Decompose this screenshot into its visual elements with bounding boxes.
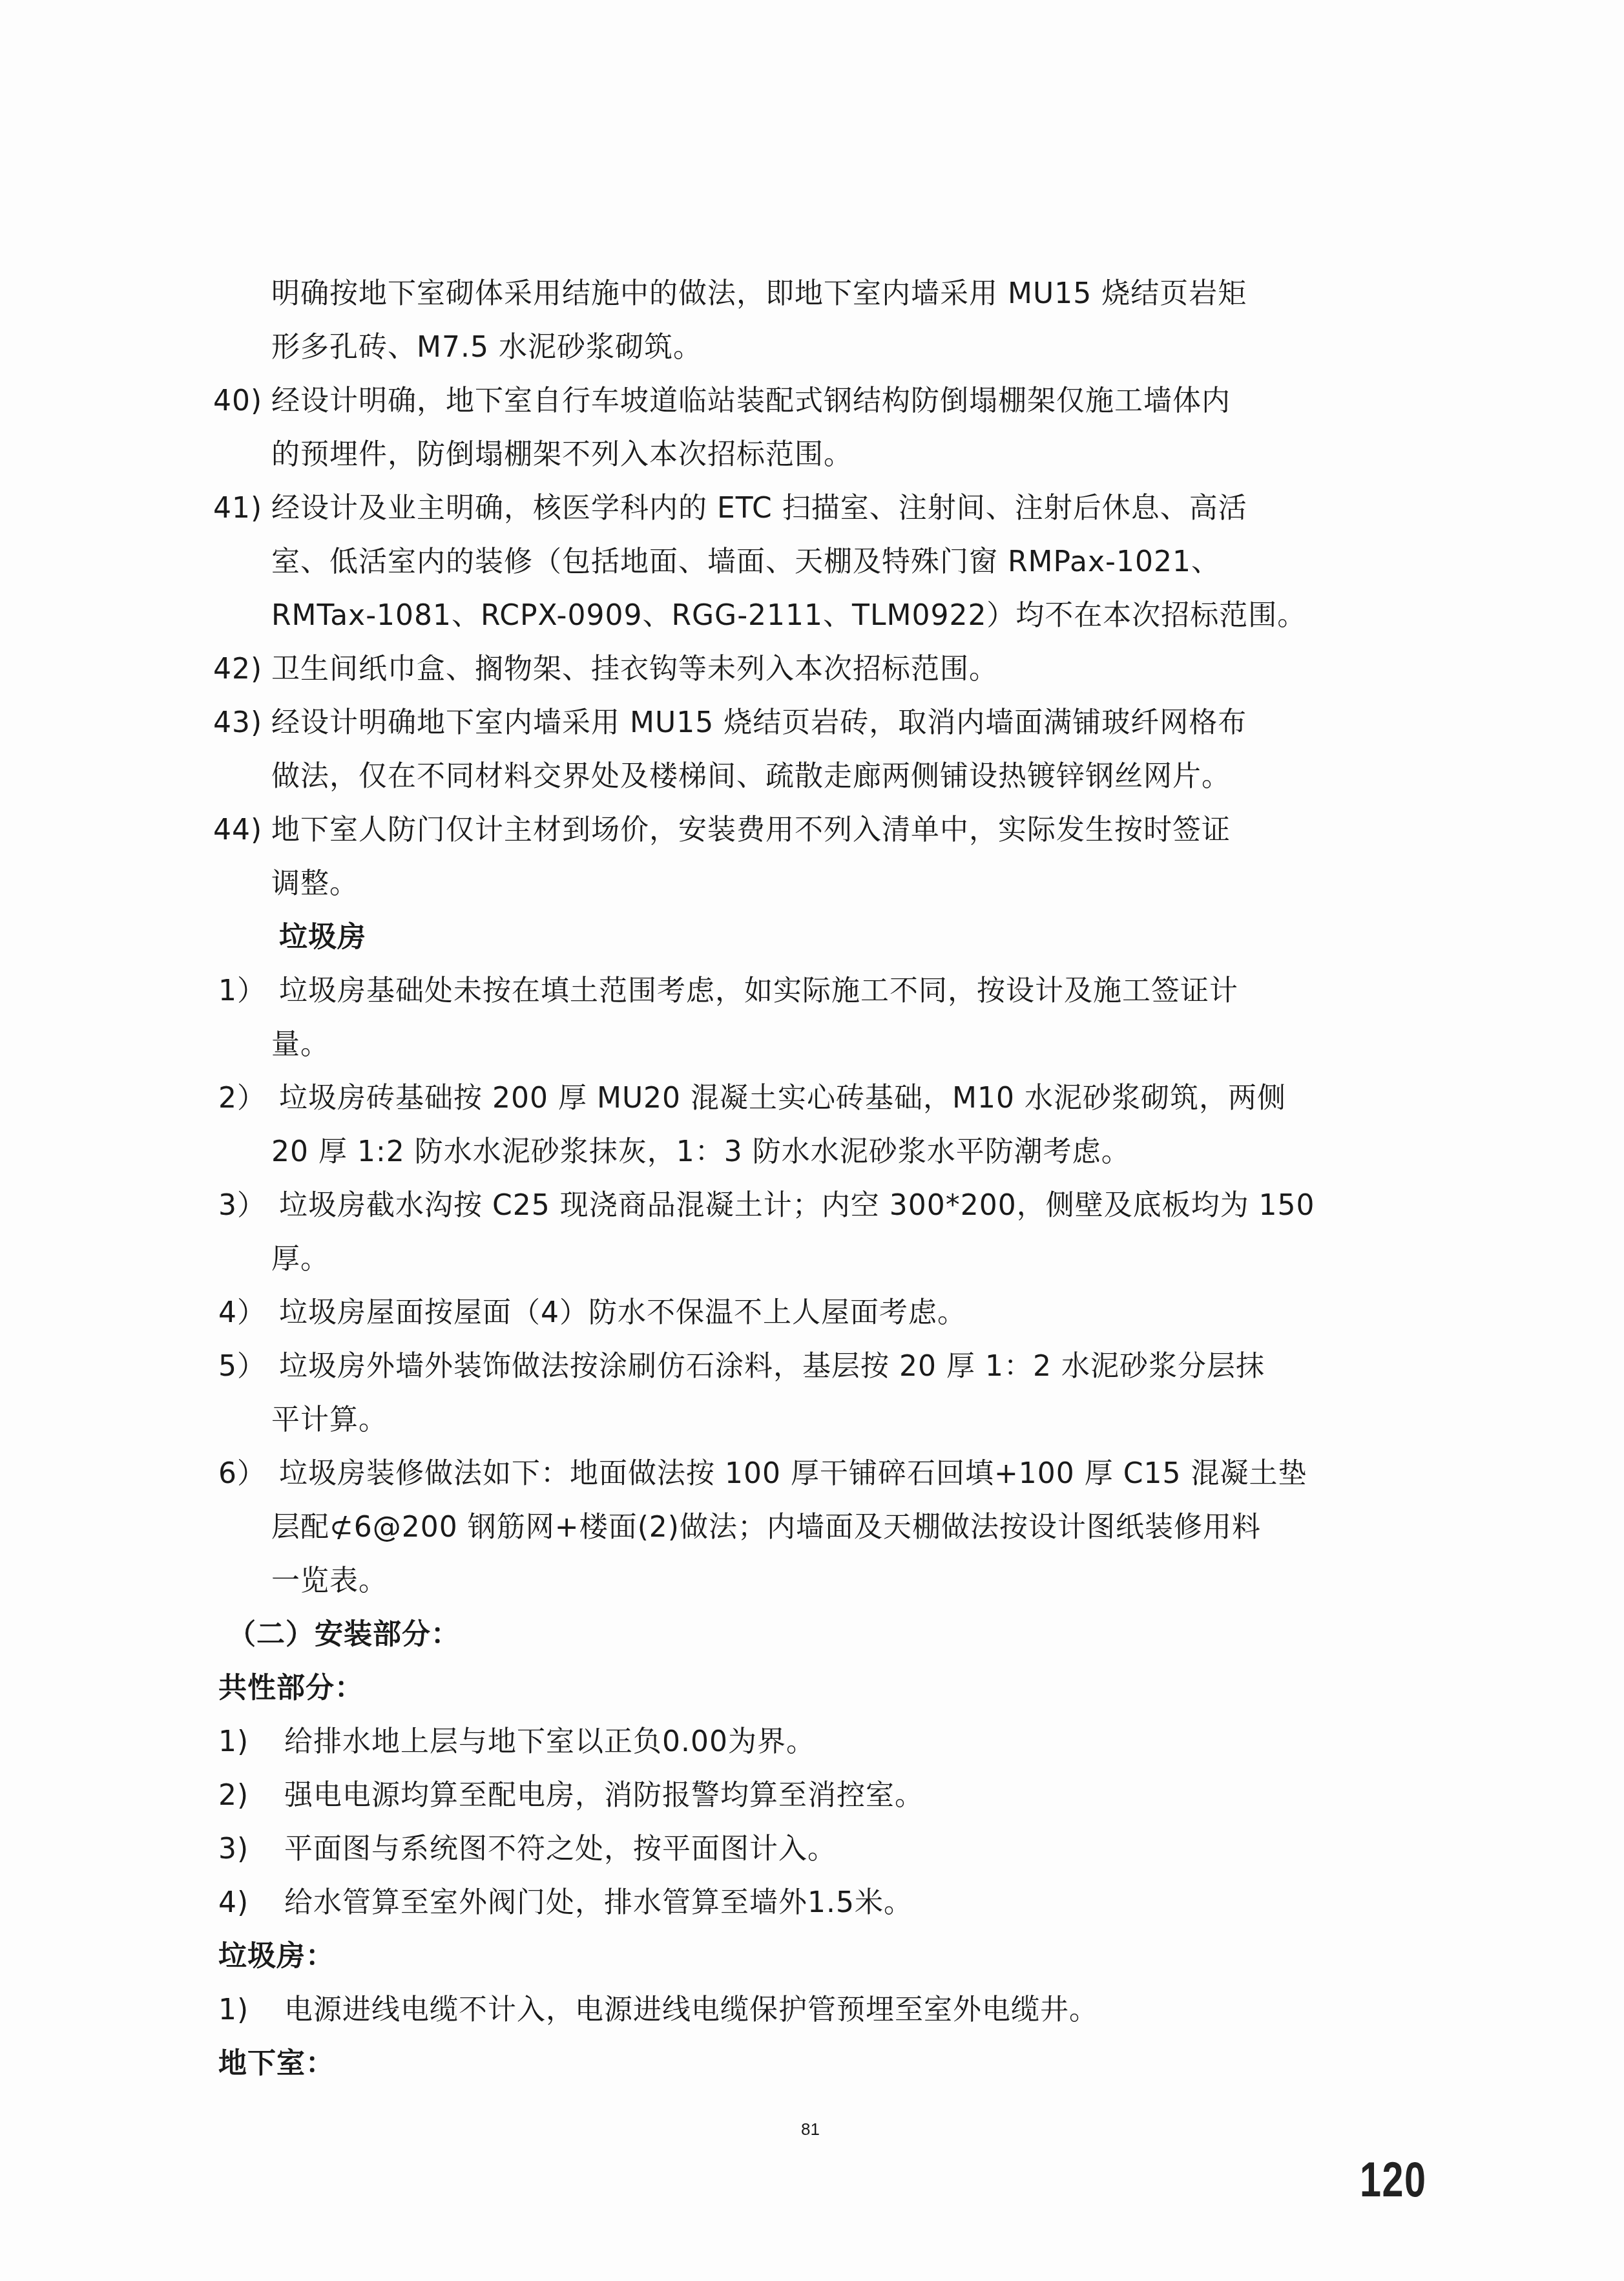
line-text: 给水管算至室外阀门处，排水管算至墙外1.5米。 [284,1876,913,1929]
item-number: 4) [218,1876,249,1929]
line-text: 垃圾房外墙外装饰做法按涂刷仿石涂料，基层按 20 厚 1：2 水泥砂浆分层抹 [279,1340,1265,1393]
item-number: 3） [218,1179,266,1232]
item-number: 43) [213,697,262,750]
line-text: 20 厚 1:2 防水水泥砂浆抹灰，1：3 防水水泥砂浆水平防潮考虑。 [271,1126,1130,1179]
line-text: 垃圾房基础处未按在填土范围考虑，如实际施工不同，按设计及施工签证计 [279,965,1238,1018]
line-text: 地下室人防门仅计主材到场价，安装费用不列入清单中，实际发生按时签证 [271,804,1231,857]
line-text: 层配⊄6@200 钢筋网+楼面(2)做法；内墙面及天棚做法按设计图纸装修用料 [271,1501,1261,1554]
item-number: 2） [218,1072,266,1125]
line-text: 厚。 [271,1233,329,1286]
line-text: 一览表。 [271,1555,388,1608]
item-number: 42) [213,643,262,696]
item-number: 1) [218,1716,249,1769]
line-text: 经设计及业主明确，核医学科内的 ETC 扫描室、注射间、注射后休息、高活 [271,482,1247,535]
document-page: 明确按地下室砌体采用结施中的做法，即地下室内墙采用 MU15 烧结页岩矩 形多孔… [0,0,1624,2281]
item-number: 41) [213,482,262,535]
heading-text: 垃圾房： [218,1930,335,1983]
item-number: 2) [218,1769,249,1822]
item-number: 4） [218,1287,266,1340]
line-text: 垃圾房屋面按屋面（4）防水不保温不上人屋面考虑。 [279,1287,966,1340]
line-text: 平计算。 [271,1394,388,1447]
line-text: 垃圾房砖基础按 200 厚 MU20 混凝土实心砖基础，M10 水泥砂浆砌筑，两… [279,1072,1286,1125]
item-number: 3) [218,1823,249,1876]
line-text: 垃圾房装修做法如下：地面做法按 100 厚干铺碎石回填+100 厚 C15 混凝… [279,1447,1307,1500]
item-number: 44) [213,804,262,857]
line-text: 量。 [271,1018,329,1071]
line-text: 垃圾房截水沟按 C25 现浇商品混凝土计；内空 300*200，侧壁及底板均为 … [279,1179,1315,1232]
item-number: 5） [218,1340,266,1393]
line-text: 的预埋件，防倒塌棚架不列入本次招标范围。 [271,428,853,481]
item-number: 1) [218,1984,249,2037]
item-number: 40) [213,375,262,428]
line-text: 经设计明确地下室内墙采用 MU15 烧结页岩砖，取消内墙面满铺玻纤网格布 [271,697,1247,750]
heading-text: 共性部分： [218,1662,364,1715]
line-text: 调整。 [271,857,359,910]
line-text: 强电电源均算至配电房，消防报警均算至消控室。 [284,1769,924,1822]
line-text: 平面图与系统图不符之处，按平面图计入。 [284,1823,837,1876]
line-text: RMTax-1081、RCPX-0909、RGG-2111、TLM0922）均不… [271,589,1306,642]
line-text: 给排水地上层与地下室以正负0.00为界。 [284,1716,815,1769]
heading-text: 垃圾房 [279,911,366,964]
item-number: 1） [218,965,266,1018]
line-text: 室、低活室内的装修（包括地面、墙面、天棚及特殊门窗 RMPax-1021、 [271,536,1220,589]
stamped-page-number: 120 [1360,2152,1427,2208]
page-number: 81 [801,2119,820,2139]
line-text: 明确按地下室砌体采用结施中的做法，即地下室内墙采用 MU15 烧结页岩矩 [271,268,1247,321]
heading-text: 地下室： [218,2037,335,2090]
line-text: 电源进线电缆不计入，电源进线电缆保护管预埋至室外电缆井。 [284,1984,1098,2037]
line-text: 做法，仅在不同材料交界处及楼梯间、疏散走廊两侧铺设热镀锌钢丝网片。 [271,750,1231,803]
item-number: 6） [218,1447,266,1500]
line-text: 形多孔砖、M7.5 水泥砂浆砌筑。 [271,321,702,374]
heading-text: （二）安装部分： [227,1608,460,1661]
line-text: 卫生间纸巾盒、搁物架、挂衣钩等未列入本次招标范围。 [271,643,998,696]
line-text: 经设计明确，地下室自行车坡道临站装配式钢结构防倒塌棚架仅施工墙体内 [271,375,1231,428]
